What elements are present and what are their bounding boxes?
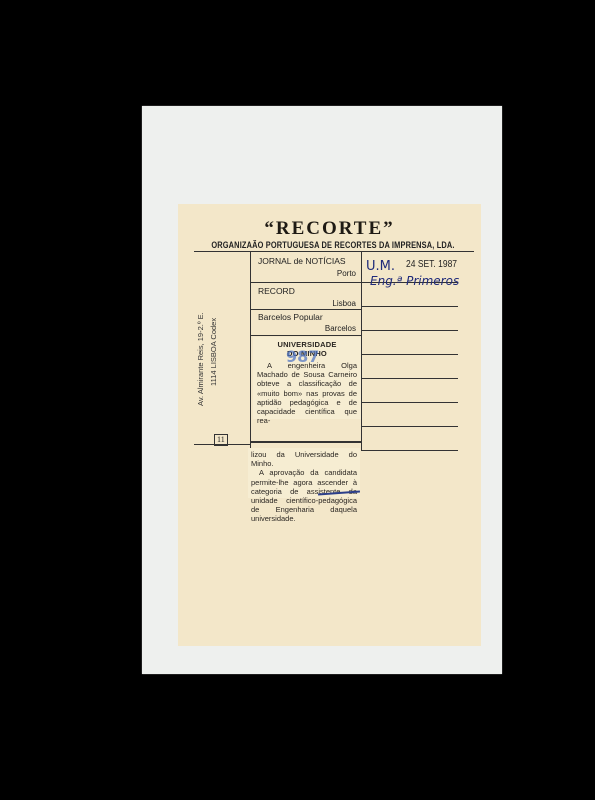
address-city: 1114 LISBOA Codex [209,318,218,386]
address-street: Av. Almirante Reis, 19-2.º E. [196,312,205,406]
article-paragraph-1a: A engenheira Olga Machado de Sousa Carne… [257,361,357,425]
note-line [361,306,458,307]
publication-city: Lisboa [278,299,356,308]
newspaper-clipping-bottom: lizou da Universidade do Minho. A aprova… [248,448,360,498]
publication-city: Barcelos [278,324,356,333]
note-line [361,378,458,379]
stamped-number: 987 [286,347,319,366]
middle-column-divider [361,251,362,451]
clipping-cut-rule [250,441,362,443]
article-paragraph-2: A aprovação da candidata permite-lhe ago… [251,468,357,523]
recorte-subtitle: ORGANIZAÃO PORTUGUESA DE RECORTES DA IMP… [211,240,447,251]
note-line [361,426,458,427]
publication-name: Barcelos Popular [258,312,323,322]
bottom-rule [361,450,458,451]
handwritten-source: U.M. [366,259,395,274]
article-paragraph-1b: lizou da Universidade do Minho. [251,450,357,468]
left-column-divider [250,251,251,466]
recorte-clipping-card: “RECORTE” ORGANIZAÃO PORTUGUESA DE RECOR… [178,204,481,646]
row-rule [250,335,362,336]
note-line [361,402,458,403]
recorte-title: “RECORTE” [178,218,481,240]
stamped-date: 24 SET. 1987 [406,259,457,270]
box-number: 11 [214,434,228,446]
publication-name: JORNAL de NOTÍCIAS [258,256,346,266]
publication-name: RECORD [258,286,295,296]
note-line [361,354,458,355]
publication-city: Porto [278,269,356,278]
header-rule [194,251,474,252]
row-rule [250,309,362,310]
handwritten-subject: Eng.ª Primeros [370,274,459,288]
row-rule [250,282,362,283]
note-line [361,330,458,331]
